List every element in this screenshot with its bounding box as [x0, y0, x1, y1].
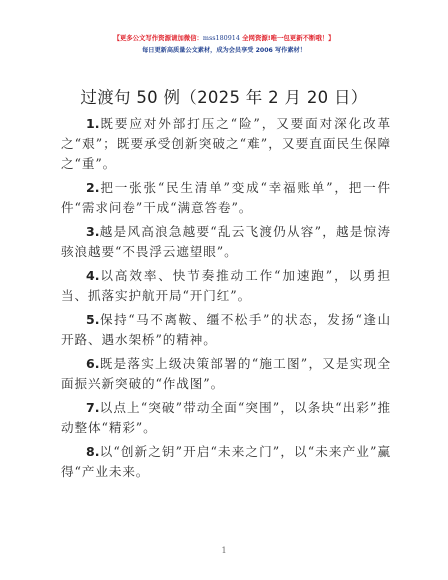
- item-text: 既要应对外部打压之“险”，又要面对深化改革之“艰”；既要承受创新突破之“难”，又…: [61, 116, 391, 171]
- list-item: 4.以高效率、快节奏推动工作“加速跑”，以勇担当、抓落实护航开局“开门红”。: [61, 266, 391, 306]
- item-number: 4.: [86, 268, 99, 283]
- promo-suffix: 全网资源!唯一包更新不断哦！】: [240, 34, 335, 42]
- list-item: 6.既是落实上级决策部署的“施工图”，又是实现全面振兴新突破的“作战图”。: [61, 354, 391, 394]
- promo-banner: 【更多公文写作资源请加微信：mss180914 全网资源!唯一包更新不断哦！】 …: [0, 33, 448, 56]
- list-item: 3.越是风高浪急越要“乱云飞渡仍从容”，越是惊涛骇浪越要“不畏浮云遮望眼”。: [61, 222, 391, 262]
- item-number: 1.: [86, 116, 99, 131]
- promo-prefix: 【更多公文写作资源请加微信：: [113, 34, 202, 42]
- page-number: 1: [0, 546, 448, 555]
- item-number: 2.: [86, 180, 99, 195]
- item-number: 8.: [86, 444, 99, 459]
- promo-banner-line1: 【更多公文写作资源请加微信：mss180914 全网资源!唯一包更新不断哦！】: [0, 33, 448, 44]
- item-text: 把一张张“民生清单”变成“幸福账单”，把一件件“需求问卷”干成“满意答卷”。: [61, 180, 391, 215]
- item-text: 以点上“突破”带动全面“突围”，以条块“出彩”推动整体“精彩”。: [61, 400, 391, 435]
- list-item: 7.以点上“突破”带动全面“突围”，以条块“出彩”推动整体“精彩”。: [61, 398, 391, 438]
- promo-banner-line2: 每日更新高质量公文素材，成为会员享受 2006 写作素材！: [0, 45, 448, 56]
- wechat-id: mss180914: [203, 34, 240, 42]
- item-number: 6.: [86, 356, 99, 371]
- item-text: 越是风高浪急越要“乱云飞渡仍从容”，越是惊涛骇浪越要“不畏浮云遮望眼”。: [61, 224, 391, 259]
- list-item: 2.把一张张“民生清单”变成“幸福账单”，把一件件“需求问卷”干成“满意答卷”。: [61, 178, 391, 218]
- document-title: 过渡句 50 例（2025 年 2 月 20 日）: [0, 84, 448, 108]
- transition-sentence-list: 1.既要应对外部打压之“险”，又要面对深化改革之“艰”；既要承受创新突破之“难”…: [61, 114, 391, 486]
- item-text: 保持“马不离鞍、缰不松手”的状态，发扬“逢山开路、遇水架桥”的精神。: [61, 312, 391, 347]
- item-number: 7.: [86, 400, 99, 415]
- item-text: 既是落实上级决策部署的“施工图”，又是实现全面振兴新突破的“作战图”。: [61, 356, 391, 391]
- item-text: 以“创新之钥”开启“未来之门”，以“未来产业”赢得“产业未来。: [61, 444, 391, 479]
- item-text: 以高效率、快节奏推动工作“加速跑”，以勇担当、抓落实护航开局“开门红”。: [61, 268, 391, 303]
- document-page: 【更多公文写作资源请加微信：mss180914 全网资源!唯一包更新不断哦！】 …: [0, 0, 448, 580]
- list-item: 8.以“创新之钥”开启“未来之门”，以“未来产业”赢得“产业未来。: [61, 442, 391, 482]
- item-number: 3.: [86, 224, 99, 239]
- list-item: 5.保持“马不离鞍、缰不松手”的状态，发扬“逢山开路、遇水架桥”的精神。: [61, 310, 391, 350]
- item-number: 5.: [86, 312, 99, 327]
- list-item: 1.既要应对外部打压之“险”，又要面对深化改革之“艰”；既要承受创新突破之“难”…: [61, 114, 391, 174]
